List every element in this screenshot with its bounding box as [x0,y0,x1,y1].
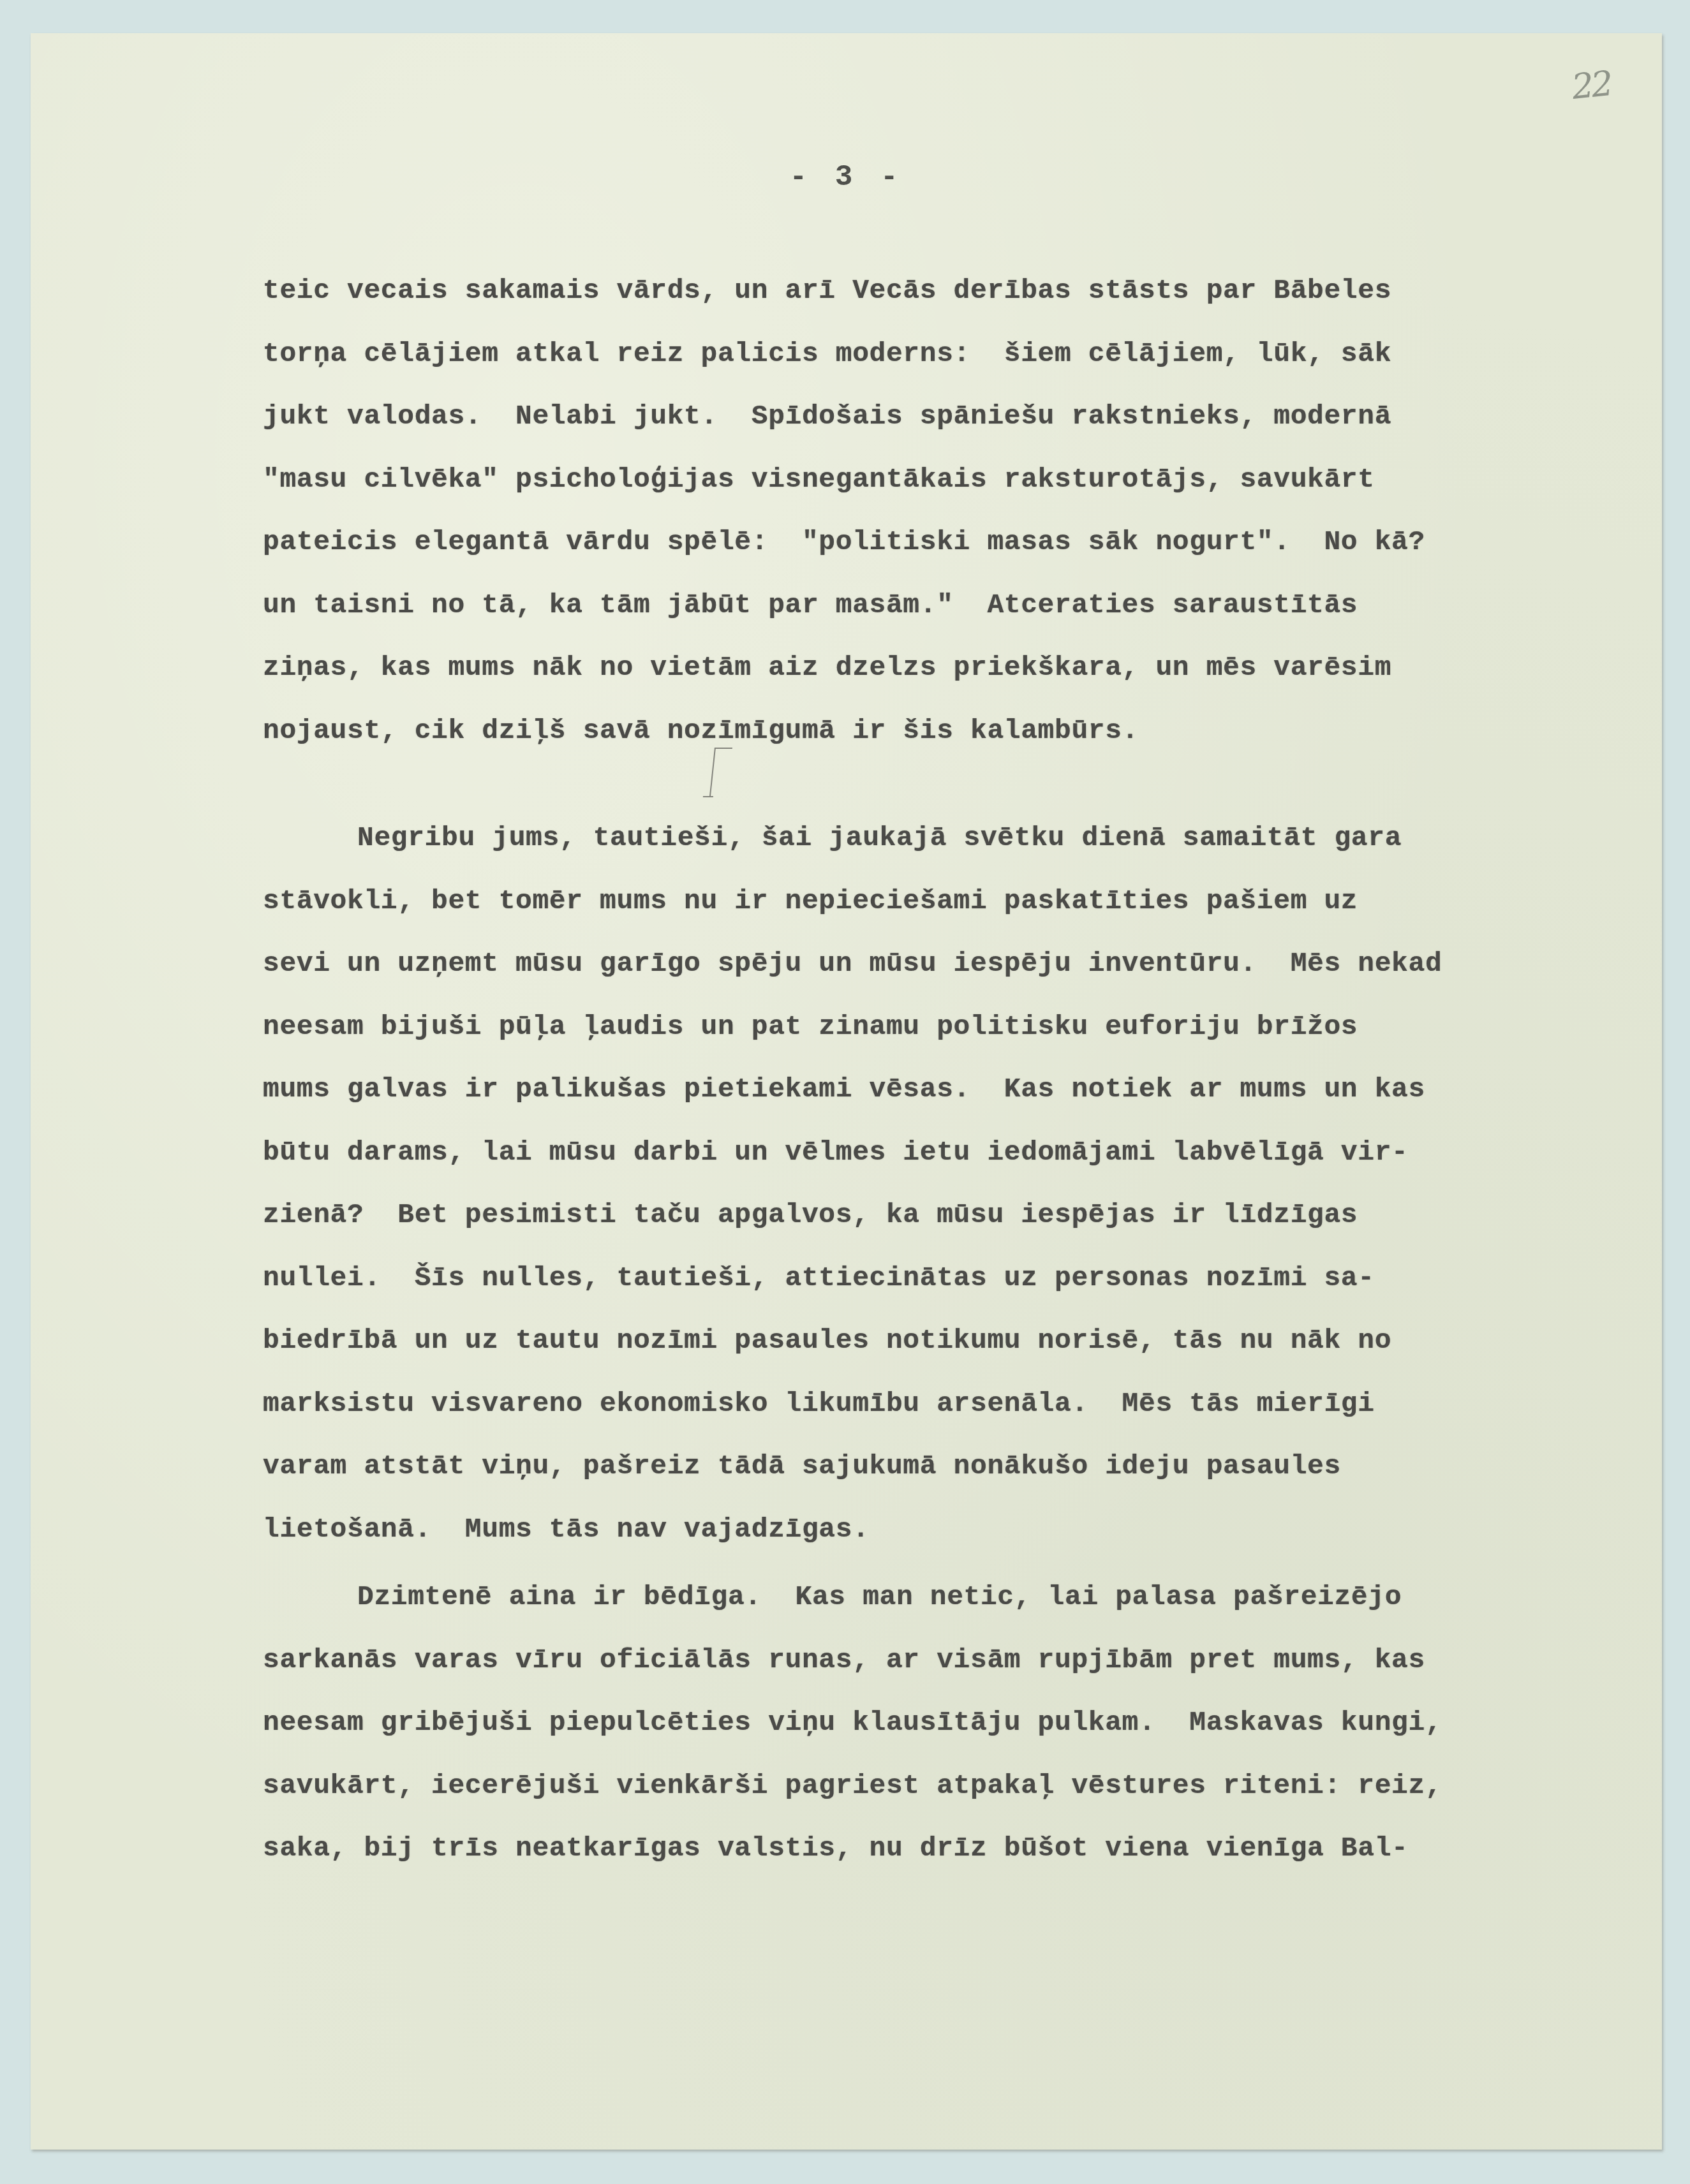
text-line: sarkanās varas vīru oficiālās runas, ar … [263,1629,1628,1692]
text-line: sevi un uzņemt mūsu garīgo spēju un mūsu… [263,933,1628,996]
text-line: torņa cēlājiem atkal reiz palicis modern… [263,323,1628,386]
document-body: teic vecais sakamais vārds, un arī Vecās… [263,260,1628,1880]
text-line: saka, bij trīs neatkarīgas valstis, nu d… [263,1817,1628,1880]
text-line: zienā? Bet pesimisti taču apgalvos, ka m… [263,1184,1628,1247]
paragraph-spacer [263,762,1628,807]
text-line: biedrībā un uz tautu nozīmi pasaules not… [263,1310,1628,1373]
text-line: pateicis elegantā vārdu spēlē: "politisk… [263,511,1628,574]
text-line: marksistu visvareno ekonomisko likumību … [263,1373,1628,1436]
text-line: un taisni no tā, ka tām jābūt par masām.… [263,574,1628,637]
text-line: teic vecais sakamais vārds, un arī Vecās… [263,260,1628,323]
paragraph-3: Dzimtenē aina ir bēdīga. Kas man netic, … [263,1566,1628,1880]
text-line: būtu darams, lai mūsu darbi un vēlmes ie… [263,1121,1628,1184]
text-line-indented: Negribu jums, tautieši, šai jaukajā svēt… [263,807,1628,870]
text-line: savukārt, iecerējuši vienkārši pagriest … [263,1755,1628,1818]
paragraph-1: teic vecais sakamais vārds, un arī Vecās… [263,260,1628,762]
paragraph-spacer [263,1561,1628,1566]
paragraph-2: Negribu jums, tautieši, šai jaukajā svēt… [263,807,1628,1561]
text-line: nojaust, cik dziļš savā nozīmīgumā ir ši… [263,700,1628,763]
text-line: nullei. Šīs nulles, tautieši, attiecināt… [263,1247,1628,1310]
text-line: ziņas, kas mums nāk no vietām aiz dzelzs… [263,637,1628,700]
text-line-indented: Dzimtenē aina ir bēdīga. Kas man netic, … [263,1566,1628,1629]
text-line: jukt valodas. Nelabi jukt. Spīdošais spā… [263,385,1628,448]
document-page: 22 - 3 - teic vecais sakamais vārds, un … [31,33,1662,2150]
text-line: mums galvas ir palikušas pietiekami vēsa… [263,1058,1628,1121]
text-line: varam atstāt viņu, pašreiz tādā sajukumā… [263,1435,1628,1498]
text-line: stāvokli, bet tomēr mums nu ir nepiecieš… [263,870,1628,933]
text-line: neesam gribējuši piepulcēties viņu klaus… [263,1692,1628,1755]
text-line: neesam bijuši pūļa ļaudis un pat zinamu … [263,996,1628,1059]
archive-folio-number: 22 [1570,63,1613,107]
text-line: "masu cilvēka" psicholoģijas visnegantāk… [263,448,1628,512]
text-line: lietošanā. Mums tās nav vajadzīgas. [263,1498,1628,1561]
page-number: - 3 - [31,161,1662,194]
